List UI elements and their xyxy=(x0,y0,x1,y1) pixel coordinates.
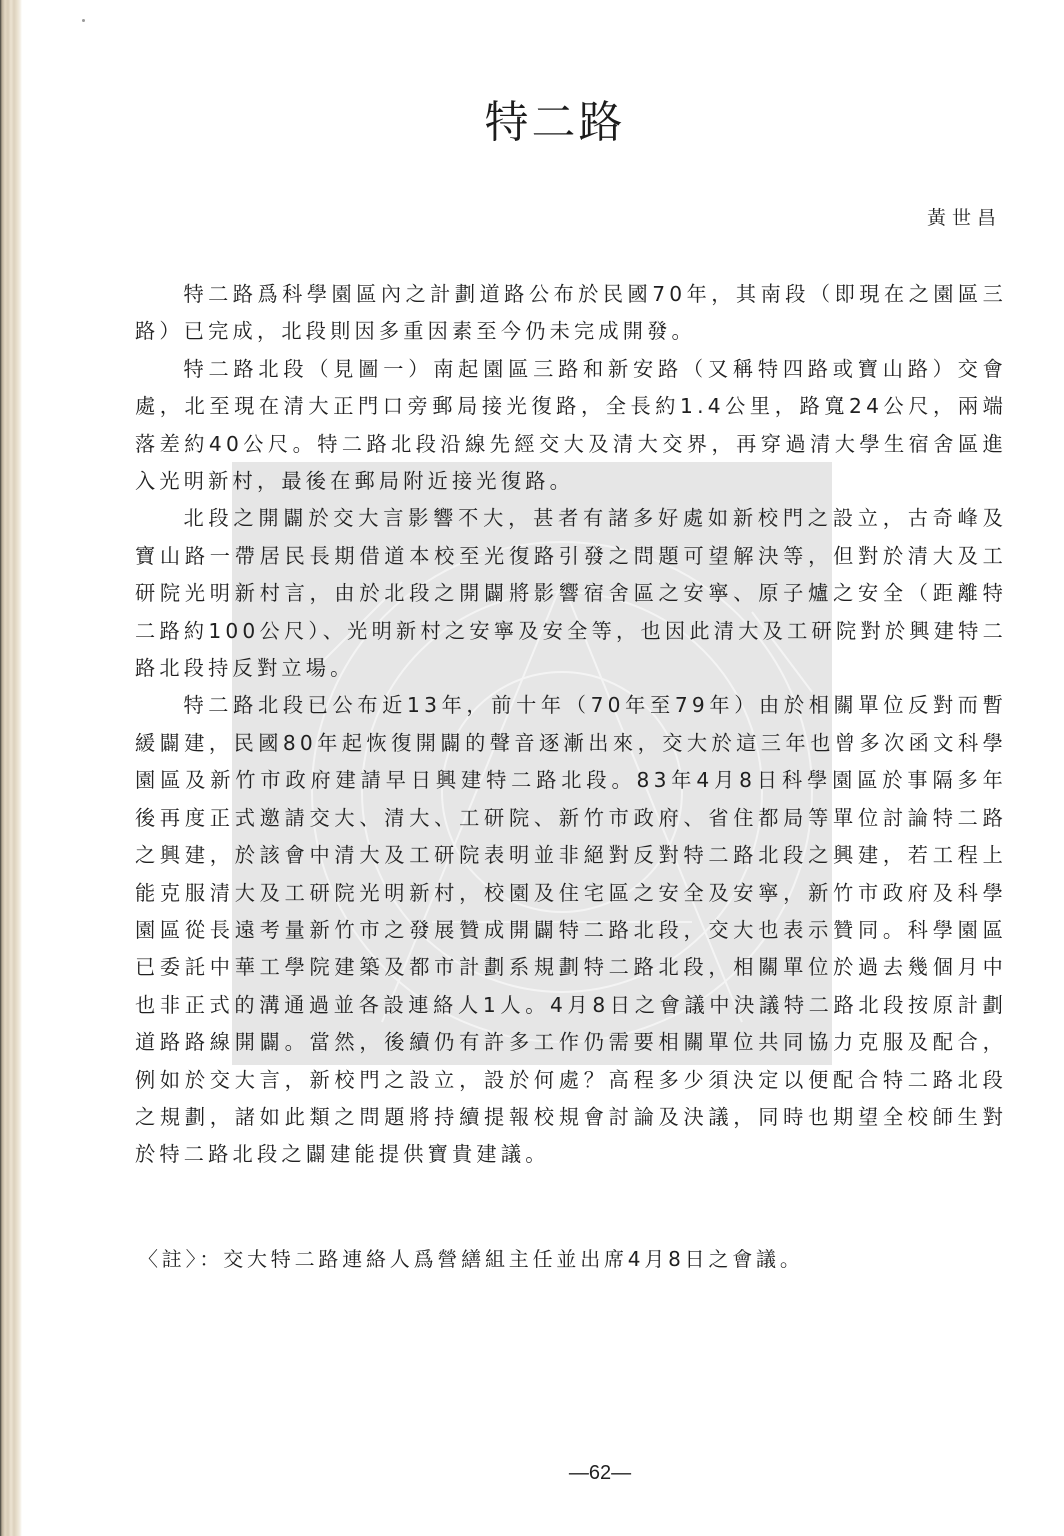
book-binding-edge xyxy=(0,0,22,1536)
paragraph: 特二路北段（見圖一）南起園區三路和新安路（又稱特四路或寶山路）交會處，北至現在清… xyxy=(135,351,1007,501)
footnote: 〈註〉：交大特二路連絡人爲營繕組主任並出席4月8日之會議。 xyxy=(138,1243,804,1272)
paragraph: 特二路北段已公布近13年，前十年（70年至79年）由於相關單位反對而暫緩闢建，民… xyxy=(135,687,1007,1173)
paragraph: 北段之開闢於交大言影響不大，甚者有諸多好處如新校門之設立，古奇峰及寶山路一帶居民… xyxy=(135,500,1007,687)
page-number: —62— xyxy=(0,1462,1064,1485)
scan-speck xyxy=(82,19,85,22)
article-body: 特二路爲科學園區內之計劃道路公布於民國70年，其南段（即現在之園區三路）已完成，… xyxy=(135,276,1007,1174)
author-name: 黃世昌 xyxy=(927,203,1002,230)
page-title: 特二路 xyxy=(0,86,1064,150)
paragraph: 特二路爲科學園區內之計劃道路公布於民國70年，其南段（即現在之園區三路）已完成，… xyxy=(135,276,1007,351)
